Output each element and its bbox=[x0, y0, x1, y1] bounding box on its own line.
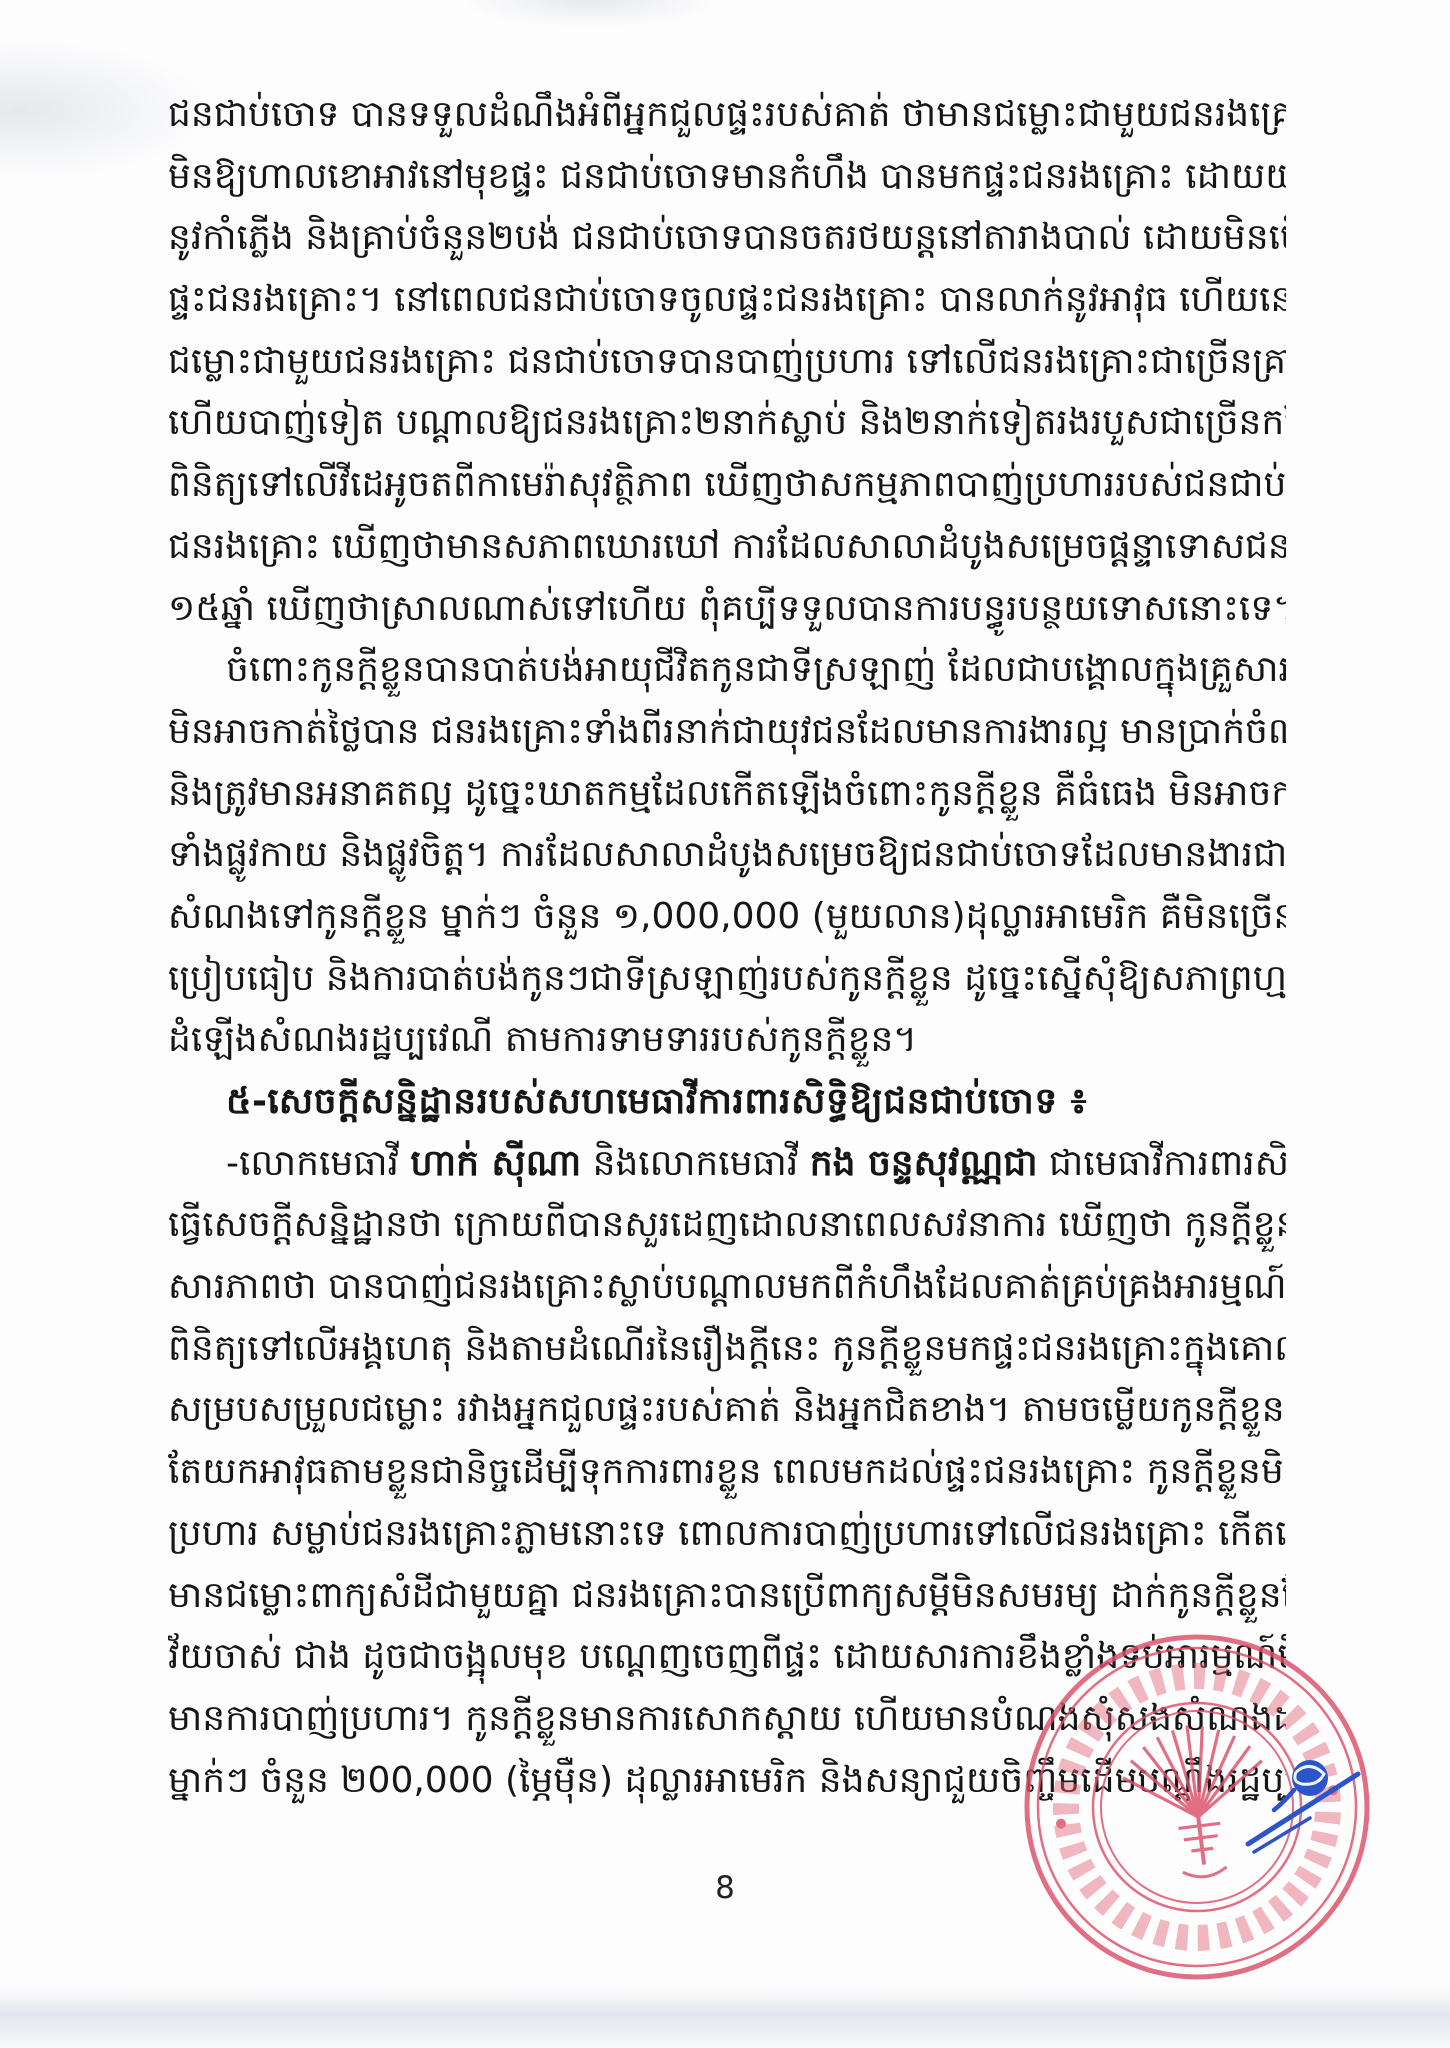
intro-text: -លោកមេធាវី bbox=[226, 1143, 410, 1184]
text-line: មិនអាចកាត់ថ្លៃបាន ជនរងគ្រោះទាំងពីរនាក់ជា… bbox=[168, 701, 1286, 763]
text-line: ចំពោះកូនក្តីខ្លួនបានបាត់បង់អាយុជីវិតកូនជ… bbox=[168, 639, 1286, 701]
text-line: សារភាពថា បានបាញ់ជនរងគ្រោះស្លាប់បណ្តាលមកព… bbox=[168, 1256, 1286, 1318]
text-line: វ័យចាស់ ជាង ដូចជាចង្អុលមុខ បណ្តេញចេញពីផ្… bbox=[168, 1626, 1286, 1688]
paragraph-3: ធ្វើសេចក្តីសន្និដ្ឋានថា ក្រោយពីបានសួរដេញ… bbox=[168, 1194, 1286, 1811]
paragraph-1: ជនជាប់ចោទ បានទទួលដំណឹងអំពីអ្នកជួលផ្ទះរបស… bbox=[168, 84, 1286, 639]
text-line: ពិនិត្យទៅលើវីដេអូចតពីកាមេរ៉ាសុវត្ថិភាព ឃ… bbox=[168, 454, 1286, 516]
text-line: ដំឡើងសំណងរដ្ឋប្បវេណី តាមការទាមទាររបស់កូន… bbox=[168, 1009, 1286, 1071]
intro-text: និងលោកមេធាវី bbox=[581, 1143, 810, 1184]
text-line: មានជម្លោះពាក្យសំដីជាមួយគ្នា ជនរងគ្រោះបាន… bbox=[168, 1565, 1286, 1627]
text-line: ជនរងគ្រោះ ឃើញថាមានសភាពឃោរឃៅ ការដែលសាលាដំ… bbox=[168, 516, 1286, 578]
text-line: មិនឱ្យហាលខោអាវនៅមុខផ្ទះ ជនជាប់ចោទមានកំហឹ… bbox=[168, 146, 1286, 208]
text-line: នូវកាំភ្លើង និងគ្រាប់ចំនួន២បង់ ជនជាប់ចោទ… bbox=[168, 207, 1286, 269]
text-line: ទាំងផ្លូវកាយ និងផ្លូវចិត្ត។ ការដែលសាលាដំ… bbox=[168, 824, 1286, 886]
section-heading: ៥-សេចក្តីសន្និដ្ឋានរបស់សហមេធាវីការពារសិទ… bbox=[168, 1071, 1286, 1133]
text-line: ផ្ទះជនរងគ្រោះ។ នៅពេលជនជាប់ចោទចូលផ្ទះជនរង… bbox=[168, 269, 1286, 331]
scan-artifact-shade bbox=[0, 1988, 1450, 2048]
paragraph-2: ចំពោះកូនក្តីខ្លួនបានបាត់បង់អាយុជីវិតកូនជ… bbox=[168, 639, 1286, 1071]
scan-artifact-shade bbox=[470, 0, 710, 26]
text-line: ប្រៀបធៀប និងការបាត់បង់កូនៗជាទីស្រឡាញ់របស… bbox=[168, 948, 1286, 1010]
page-body-text: ជនជាប់ចោទ បានទទួលដំណឹងអំពីអ្នកជួលផ្ទះរបស… bbox=[168, 84, 1286, 1811]
text-line: ហើយបាញ់ទៀត បណ្តាលឱ្យជនរងគ្រោះ២នាក់ស្លាប់… bbox=[168, 392, 1286, 454]
document-page: ជនជាប់ចោទ បានទទួលដំណឹងអំពីអ្នកជួលផ្ទះរបស… bbox=[0, 0, 1450, 2048]
paragraph-3-intro-line: -លោកមេធាវី ហាក់ ស៊ីណា និងលោកមេធាវី កង ចន… bbox=[168, 1133, 1286, 1195]
text-line: ម្នាក់ៗ ចំនួន ២00,000 (ម្ភៃម៉ឺន) ដុល្លារ… bbox=[168, 1750, 1286, 1812]
text-line: មានការបាញ់ប្រហារ។ កូនក្តីខ្លួនមានការសោកស… bbox=[168, 1688, 1286, 1750]
text-line: ប្រហារ សម្លាប់ជនរងគ្រោះភ្លាមនោះទេ ពោលការ… bbox=[168, 1503, 1286, 1565]
text-line: ជម្លោះជាមួយជនរងគ្រោះ ជនជាប់ចោទបានបាញ់ប្រ… bbox=[168, 331, 1286, 393]
intro-text: ជាមេធាវីការពារសិទ្ធិឱ្យជនជាប់ចោទ bbox=[1038, 1143, 1286, 1184]
text-line: និងត្រូវមានអនាគតល្អ ដូច្នេះឃាតកម្មដែលកើត… bbox=[168, 763, 1286, 825]
text-line: សម្របសម្រួលជម្លោះ រវាងអ្នកជួលផ្ទះរបស់គាត… bbox=[168, 1379, 1286, 1441]
text-line: តែយកអាវុធតាមខ្លួនជានិច្ចដើម្បីទុកការពារខ… bbox=[168, 1441, 1286, 1503]
text-line: ជនជាប់ចោទ បានទទួលដំណឹងអំពីអ្នកជួលផ្ទះរបស… bbox=[168, 84, 1286, 146]
text-line: ធ្វើសេចក្តីសន្និដ្ឋានថា ក្រោយពីបានសួរដេញ… bbox=[168, 1194, 1286, 1256]
text-line: ១៥ឆ្នាំ ឃើញថាស្រាលណាស់ទៅហើយ ពុំគប្បីទទួល… bbox=[168, 578, 1286, 640]
text-line: សំណងទៅកូនក្តីខ្លួន ម្នាក់ៗ ចំនួន ១,000,0… bbox=[168, 886, 1286, 948]
lawyer-name-2: កង ចន្ទសុវណ្ណជា bbox=[810, 1143, 1038, 1184]
page-number: 8 bbox=[0, 1870, 1450, 1906]
lawyer-name-1: ហាក់ ស៊ីណា bbox=[410, 1143, 581, 1184]
text-line: ពិនិត្យទៅលើអង្គហេតុ និងតាមដំណើរនៃរឿងក្តី… bbox=[168, 1318, 1286, 1380]
